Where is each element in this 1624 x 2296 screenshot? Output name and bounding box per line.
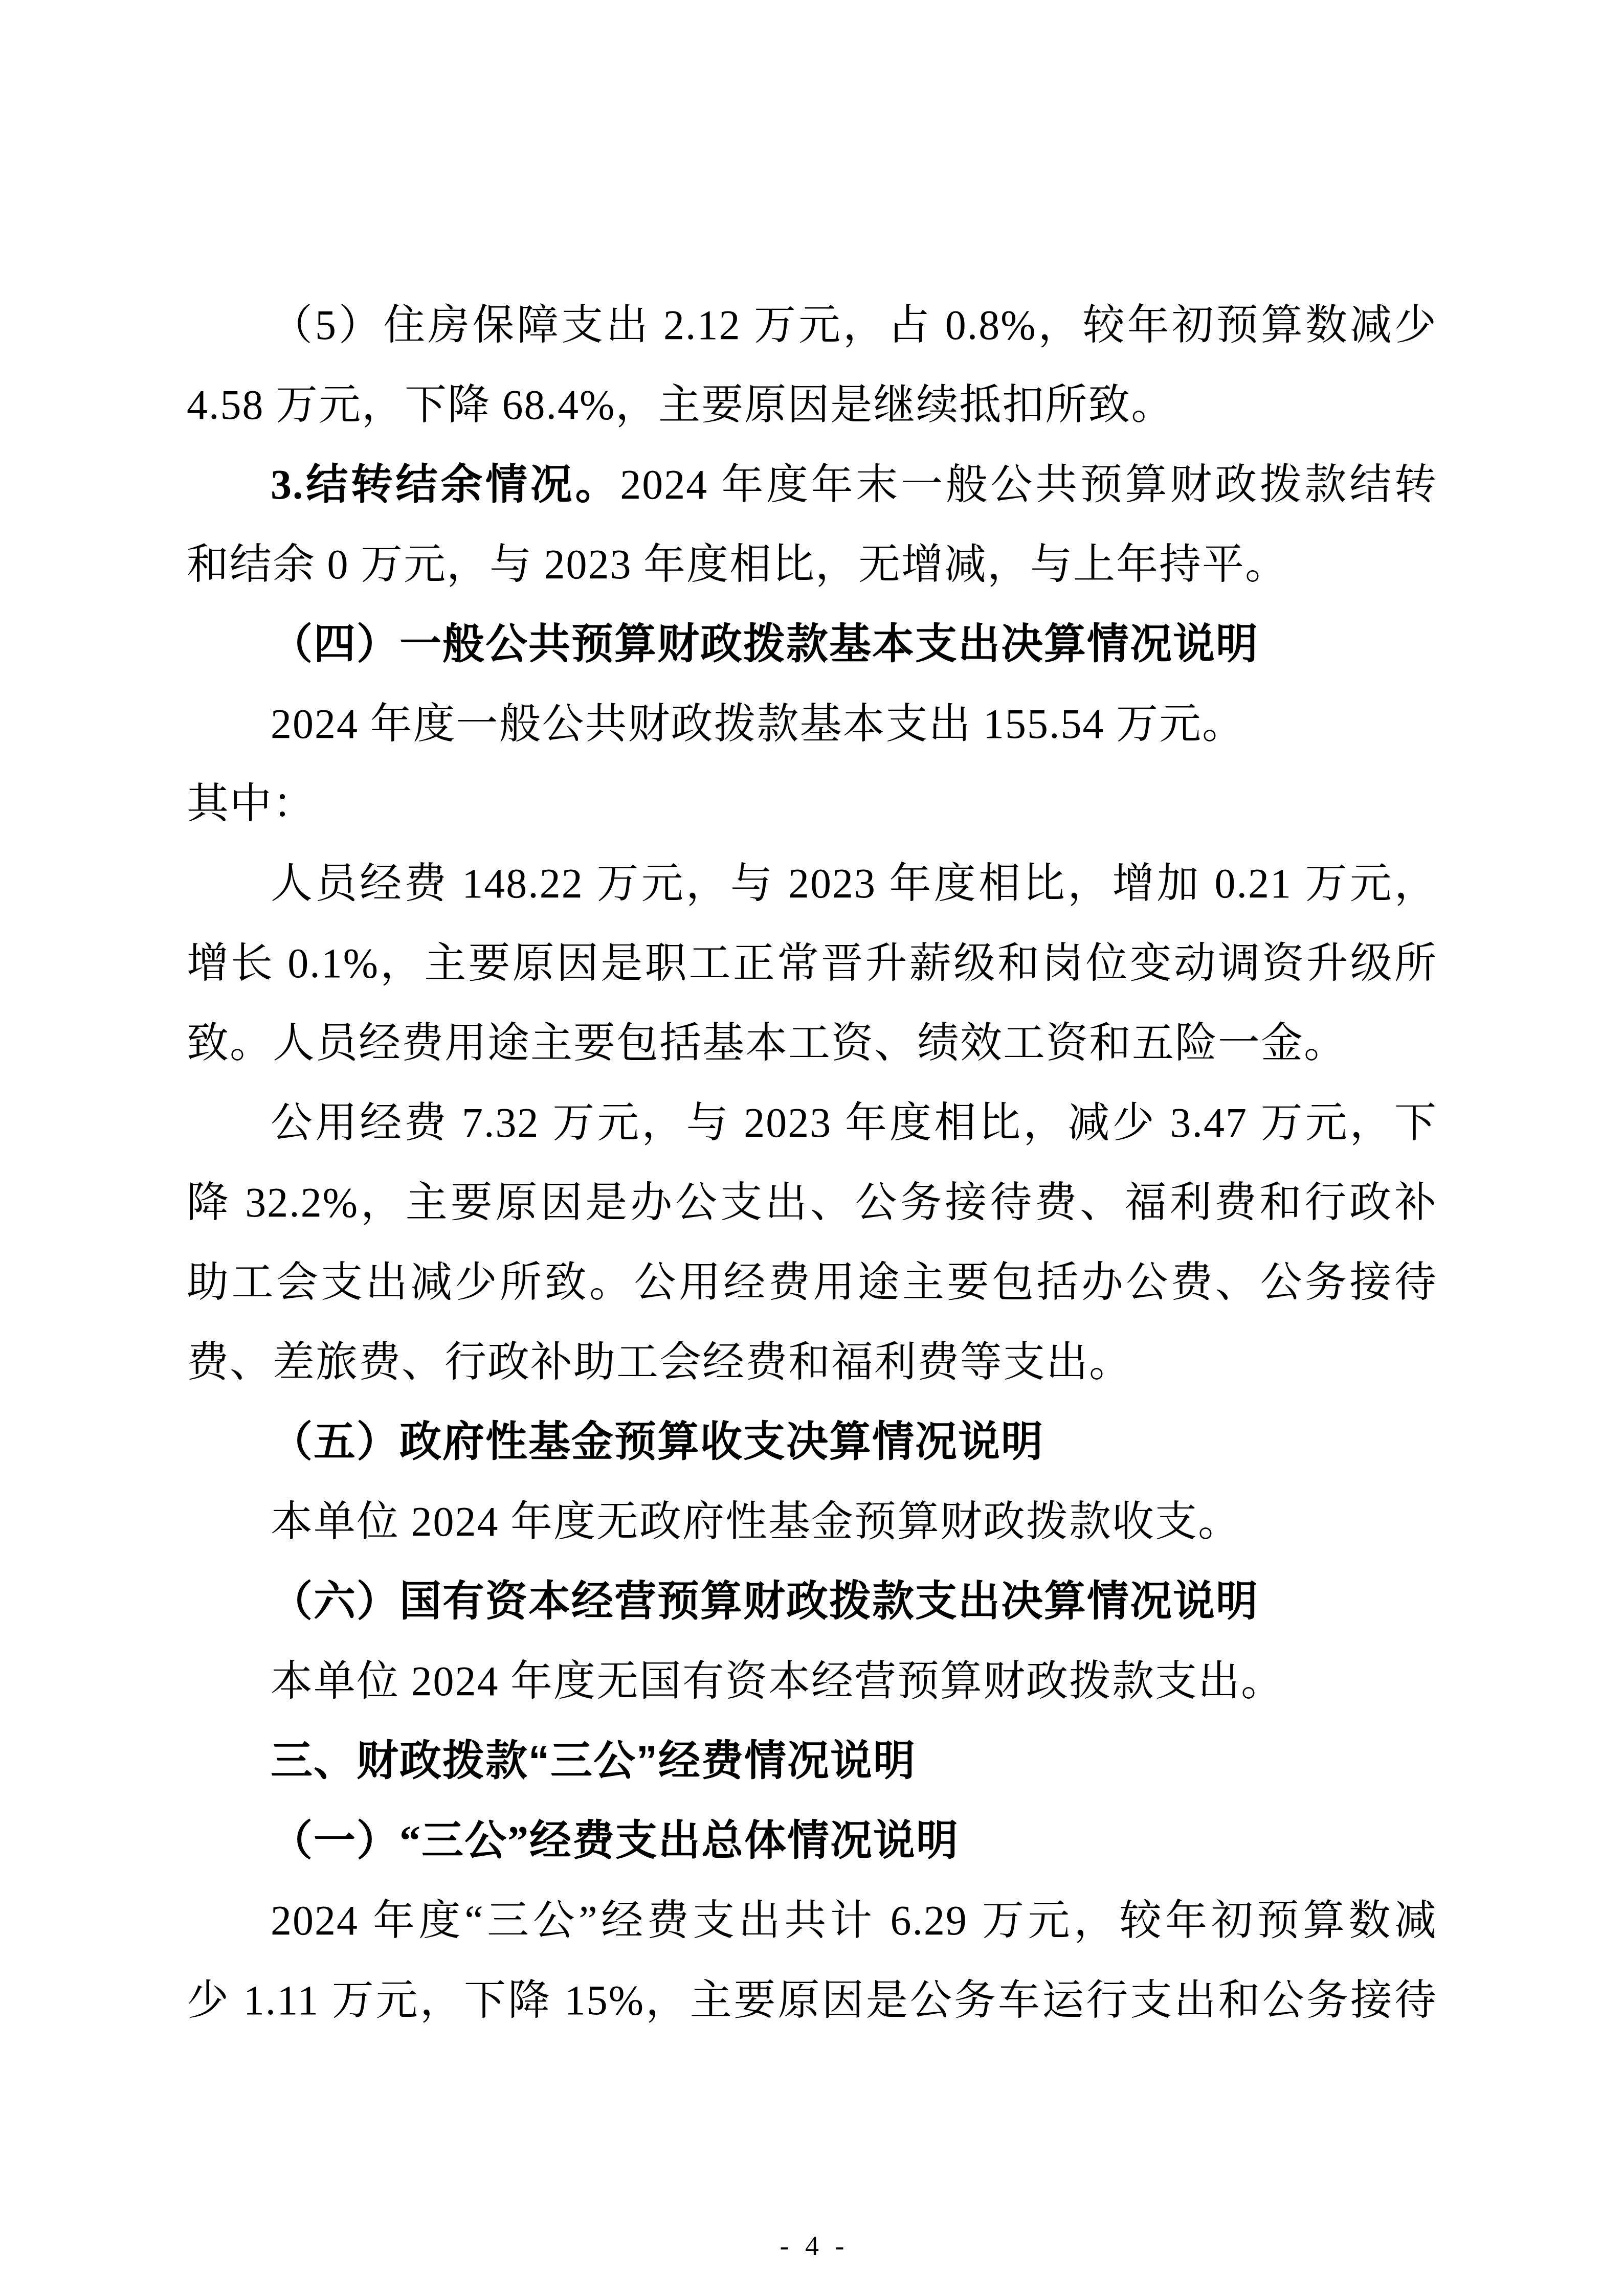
document-content: （5）住房保障支出 2.12 万元，占 0.8%，较年初预算数减少4.58 万元…: [187, 285, 1437, 2040]
text-line: 致。人员经费用途主要包括基本工资、绩效工资和五险一金。: [187, 1003, 1437, 1083]
text-line: 2024 年度“三公”经费支出共计 6.29 万元，较年初预算数减: [187, 1881, 1437, 1961]
text-line: 人员经费 148.22 万元，与 2023 年度相比，增加 0.21 万元，: [187, 844, 1437, 924]
paragraph: 人员经费 148.22 万元，与 2023 年度相比，增加 0.21 万元，增长…: [187, 844, 1437, 1083]
paragraph: 2024 年度一般公共财政拨款基本支出 155.54 万元。: [187, 684, 1437, 764]
text-line: 本单位 2024 年度无政府性基金预算财政拨款收支。: [187, 1482, 1437, 1562]
paragraph: （5）住房保障支出 2.12 万元，占 0.8%，较年初预算数减少4.58 万元…: [187, 285, 1437, 445]
bold-lead: 3.结转结余情况。: [271, 461, 620, 508]
text-line: 公用经费 7.32 万元，与 2023 年度相比，减少 3.47 万元，下: [187, 1083, 1437, 1163]
text-line: 其中：: [187, 764, 1437, 844]
text-line: 降 32.2%，主要原因是办公支出、公务接待费、福利费和行政补: [187, 1163, 1437, 1243]
paragraph: 本单位 2024 年度无政府性基金预算财政拨款收支。: [187, 1482, 1437, 1562]
text-line: 4.58 万元，下降 68.4%，主要原因是继续抵扣所致。: [187, 365, 1437, 445]
text-line: 三、财政拨款“三公”经费情况说明: [187, 1721, 1437, 1801]
page-number: - 4 -: [0, 2225, 1624, 2266]
section-heading: 三、财政拨款“三公”经费情况说明: [187, 1721, 1437, 1801]
paragraph: 3.结转结余情况。2024 年度年末一般公共预算财政拨款结转和结余 0 万元，与…: [187, 445, 1437, 604]
text-line: （一）“三公”经费支出总体情况说明: [187, 1801, 1437, 1881]
section-heading: （一）“三公”经费支出总体情况说明: [187, 1801, 1437, 1881]
paragraph: 其中：: [187, 764, 1437, 844]
text-line: 增长 0.1%，主要原因是职工正常晋升薪级和岗位变动调资升级所: [187, 924, 1437, 1003]
text-line: （四）一般公共预算财政拨款基本支出决算情况说明: [187, 604, 1437, 684]
text-line: 本单位 2024 年度无国有资本经营预算财政拨款支出。: [187, 1641, 1437, 1721]
text-line: 3.结转结余情况。2024 年度年末一般公共预算财政拨款结转: [187, 445, 1437, 525]
text-line: 费、差旅费、行政补助工会经费和福利费等支出。: [187, 1322, 1437, 1402]
text-line: 和结余 0 万元，与 2023 年度相比，无增减，与上年持平。: [187, 525, 1437, 604]
paragraph: 本单位 2024 年度无国有资本经营预算财政拨款支出。: [187, 1641, 1437, 1721]
text-line: 助工会支出减少所致。公用经费用途主要包括办公费、公务接待: [187, 1243, 1437, 1322]
text-line: 少 1.11 万元，下降 15%，主要原因是公务车运行支出和公务接待: [187, 1961, 1437, 2040]
paragraph: 公用经费 7.32 万元，与 2023 年度相比，减少 3.47 万元，下降 3…: [187, 1083, 1437, 1402]
section-heading: （四）一般公共预算财政拨款基本支出决算情况说明: [187, 604, 1437, 684]
text-line: 2024 年度一般公共财政拨款基本支出 155.54 万元。: [187, 684, 1437, 764]
document-page: （5）住房保障支出 2.12 万元，占 0.8%，较年初预算数减少4.58 万元…: [0, 0, 1624, 2296]
paragraph: 2024 年度“三公”经费支出共计 6.29 万元，较年初预算数减少 1.11 …: [187, 1881, 1437, 2040]
text-line: （六）国有资本经营预算财政拨款支出决算情况说明: [187, 1562, 1437, 1641]
section-heading: （五）政府性基金预算收支决算情况说明: [187, 1402, 1437, 1482]
text-line: （5）住房保障支出 2.12 万元，占 0.8%，较年初预算数减少: [187, 285, 1437, 365]
text-line: （五）政府性基金预算收支决算情况说明: [187, 1402, 1437, 1482]
section-heading: （六）国有资本经营预算财政拨款支出决算情况说明: [187, 1562, 1437, 1641]
